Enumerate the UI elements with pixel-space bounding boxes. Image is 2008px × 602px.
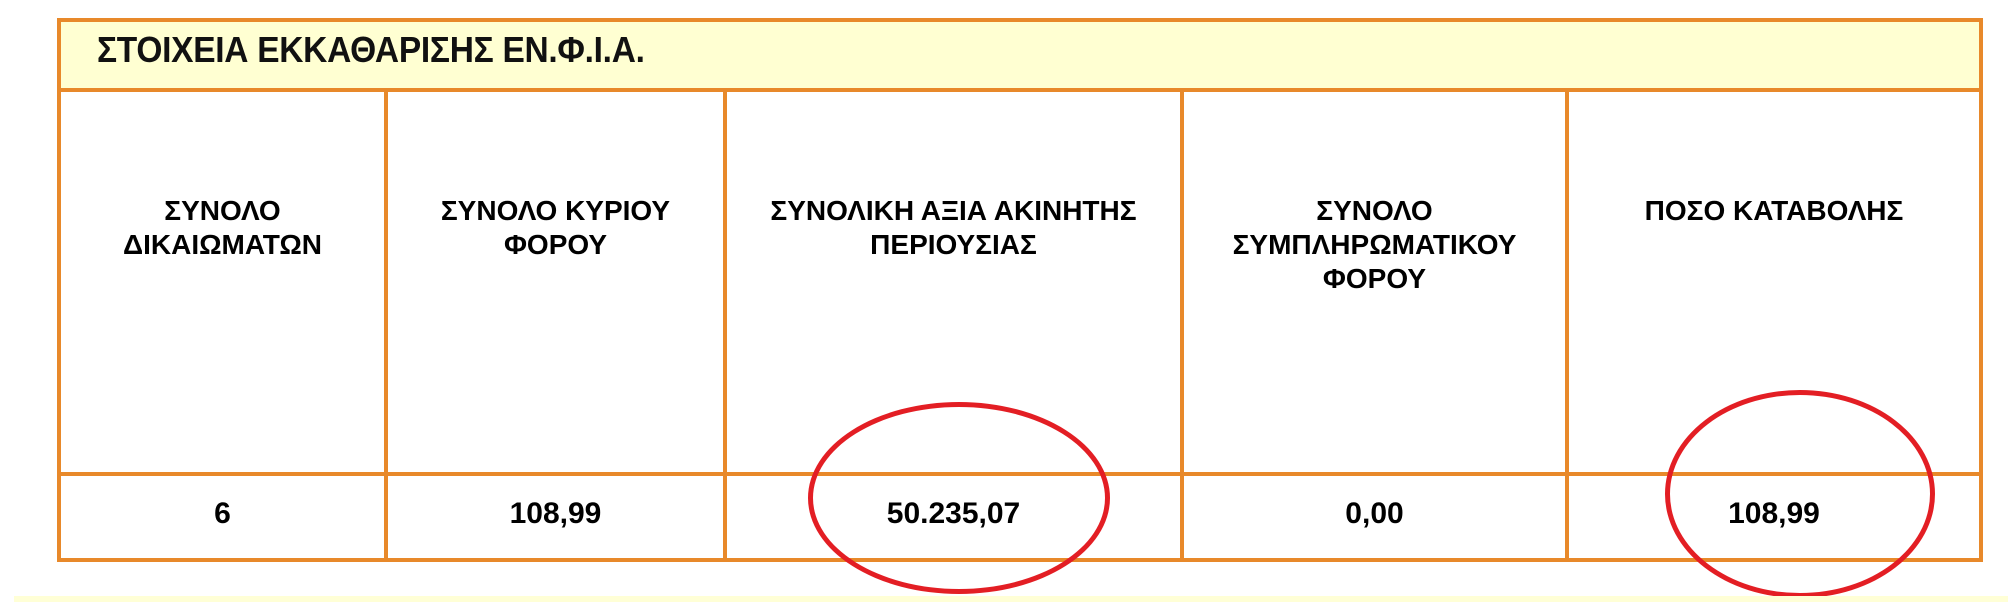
header-line: ΔΙΚΑΙΩΜΑΤΩΝ [123, 228, 322, 262]
header-main-tax-total: ΣΥΝΟΛΟ ΚΥΡΙΟΥ ΦΟΡΟΥ [388, 194, 723, 262]
header-supplementary-tax-total: ΣΥΝΟΛΟ ΣΥΜΠΛΗΡΩΜΑΤΙΚΟΥ ΦΟΡΟΥ [1184, 194, 1565, 296]
header-line: ΦΟΡΟΥ [1233, 262, 1517, 296]
header-line: ΠΕΡΙΟΥΣΙΑΣ [770, 228, 1136, 262]
row-divider [61, 472, 1979, 476]
header-line: ΣΥΝΟΛΙΚΗ ΑΞΙΑ ΑΚΙΝΗΤΗΣ [770, 194, 1136, 228]
header-line: ΦΟΡΟΥ [441, 228, 670, 262]
column-divider [1180, 92, 1184, 558]
value-payment-amount: 108,99 [1569, 494, 1979, 534]
header-line: ΣΥΝΟΛΟ ΚΥΡΙΟΥ [441, 194, 670, 228]
enfia-settlement-table: ΣΤΟΙΧΕΙΑ ΕΚΚΑΘΑΡΙΣΗΣ ΕΝ.Φ.Ι.Α. ΣΥΝΟΛΟ ΔΙ… [57, 18, 1983, 562]
header-line: ΣΥΜΠΛΗΡΩΜΑΤΙΚΟΥ [1233, 228, 1517, 262]
value-main-tax-total: 108,99 [388, 494, 723, 534]
value-total-rights: 6 [61, 494, 384, 534]
column-divider [384, 92, 388, 558]
header-total-rights: ΣΥΝΟΛΟ ΔΙΚΑΙΩΜΑΤΩΝ [61, 194, 384, 262]
table-title: ΣΤΟΙΧΕΙΑ ΕΚΚΑΘΑΡΙΣΗΣ ΕΝ.Φ.Ι.Α. [97, 29, 645, 71]
bottom-yellow-strip [14, 596, 2008, 602]
header-line: ΣΥΝΟΛΟ [123, 194, 322, 228]
header-payment-amount: ΠΟΣΟ ΚΑΤΑΒΟΛΗΣ [1569, 194, 1979, 228]
column-divider [1565, 92, 1569, 558]
table-title-bar: ΣΤΟΙΧΕΙΑ ΕΚΚΑΘΑΡΙΣΗΣ ΕΝ.Φ.Ι.Α. [61, 22, 1979, 92]
column-divider [723, 92, 727, 558]
header-line: ΣΥΝΟΛΟ [1233, 194, 1517, 228]
value-total-property-value: 50.235,07 [727, 494, 1180, 534]
value-supplementary-tax-total: 0,00 [1184, 494, 1565, 534]
header-total-property-value: ΣΥΝΟΛΙΚΗ ΑΞΙΑ ΑΚΙΝΗΤΗΣ ΠΕΡΙΟΥΣΙΑΣ [727, 194, 1180, 262]
header-line: ΠΟΣΟ ΚΑΤΑΒΟΛΗΣ [1645, 194, 1904, 228]
